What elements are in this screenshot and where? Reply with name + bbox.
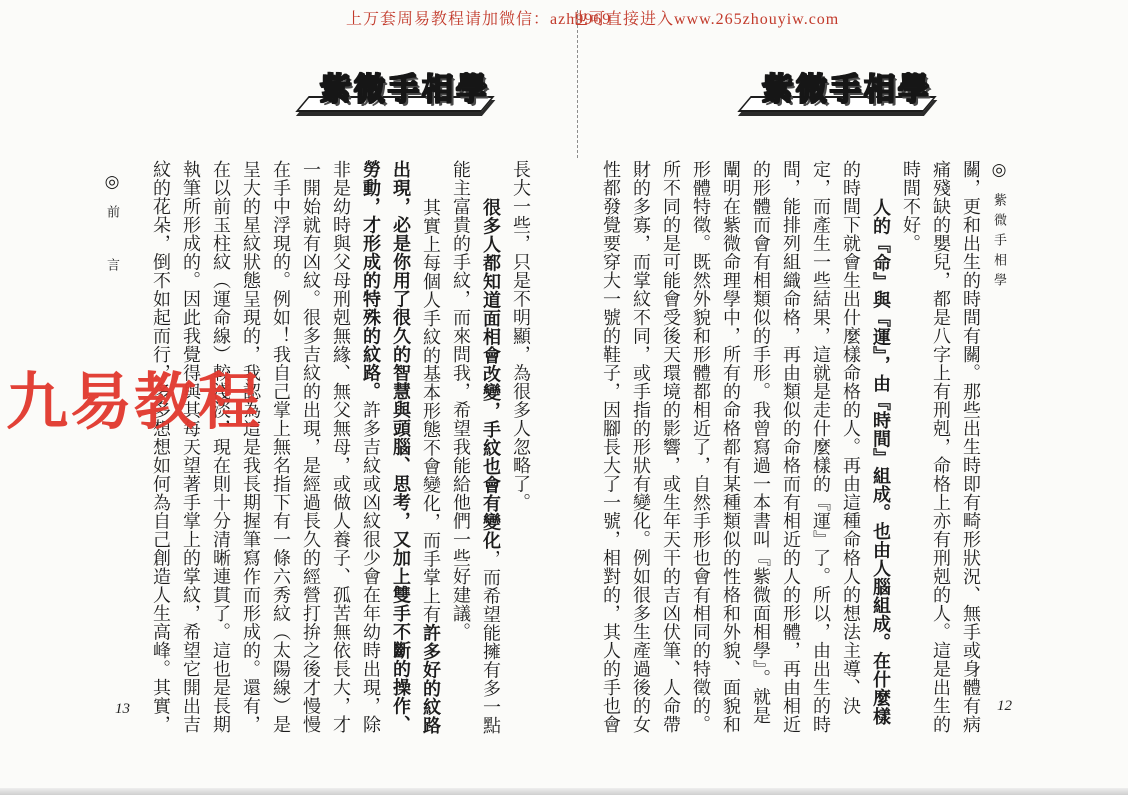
text-column: 人的『命』與『運』，由『時間』組成。也由人腦組成。在什麼樣 [866, 160, 896, 736]
promo-banner-url: 也可直接进入www.265zhouyiw.com [572, 6, 839, 29]
text-column: 非是幼時與父母刑剋無緣、無父無母，或做人養子、孤苦無依長大，才 [326, 160, 356, 736]
text-run: 定，而產生一些結果，這就是走什麼樣的『運』了。所以，由出生的時 [811, 160, 831, 734]
text-column: 紋的花朵，倒不如起而行，多多想想如何為自己創造人生高峰。其實， [146, 160, 176, 736]
section-mark-icon: ◎ [103, 172, 122, 192]
text-column: 形體特徵。既然外貌和形體都相近了，自然手形也會有相同的特徵的。 [686, 160, 716, 736]
page-number: 12 [997, 698, 1012, 715]
text-run: 在以前玉柱紋（運命線）較淺淡，現在則十分清晰連貫了。這也是長期 [211, 160, 231, 734]
text-column: 所不同的是可能會受後天環境的影響，或生年天干的吉凶伏筆、人命帶 [656, 160, 686, 736]
text-run: 非是幼時與父母刑剋無緣、無父無母，或做人養子、孤苦無依長大，才 [331, 160, 351, 734]
text-run: 許多吉紋或凶紋很少會在年幼時出現，除 [361, 401, 381, 734]
text-run: 的時間下就會生出什麼樣命格的人。再由這種命格人的想法主導、決 [841, 160, 861, 715]
text-run: 性都發覺要穿大一號的鞋子，因腳長大了一號，相對的，其人的手也會 [601, 160, 621, 734]
text-run: 勞動，才形成的特殊的紋路。 [361, 160, 381, 401]
text-column: 的時間下就會生出什麼樣命格的人。再由這種命格人的想法主導、決 [836, 160, 866, 736]
book-title: 紫微手相學 [762, 64, 932, 109]
page-right: 紫微手相學 ◎ 紫微手相學 關，更和出生的時間有關。那些出生時即有畸形狀況、無手… [565, 50, 1070, 762]
text-run: 在手中浮現的。例如！我自己掌上無名指下有一條六秀紋（太陽線）是 [271, 160, 291, 734]
running-head: ◎ 前言 [102, 172, 122, 311]
text-column: 痛殘缺的嬰兒，都是八字上有刑剋，命格上亦有刑剋的人。這是出生的 [926, 160, 956, 736]
text-column: 財的多寡，而掌紋不同，或手指的形狀有變化。例如很多生產過後的女 [626, 160, 656, 736]
page-number: 13 [115, 701, 130, 718]
text-run: 關，更和出生的時間有關。那些出生時即有畸形狀況、無手或身體有病 [961, 160, 981, 734]
text-column: 一開始就有凶紋。很多吉紋的出現，是經過長久的經營打拚之後才慢慢 [296, 160, 326, 736]
text-run: 許多好的紋路 [421, 624, 441, 735]
book-title: 紫微手相學 [320, 64, 490, 109]
text-run: 一開始就有凶紋。很多吉紋的出現，是經過長久的經營打拚之後才慢慢 [301, 160, 321, 734]
running-head-title: 前言 [105, 205, 120, 311]
section-mark-icon: ◎ [990, 160, 1009, 180]
text-column: 的形體而會有相類似的手形。我曾寫過一本書叫『紫微面相學』。就是 [746, 160, 776, 736]
text-column: 出現，必是你用了很久的智慧與頭腦、思考，又加上雙手不斷的操作、 [386, 160, 416, 736]
text-column: 勞動，才形成的特殊的紋路。許多吉紋或凶紋很少會在年幼時出現，除 [356, 160, 386, 736]
watermark-text: 九易教程 [6, 352, 262, 441]
text-run: 出現，必是你用了很久的智慧與頭腦、思考，又加上雙手不斷的操作、 [391, 160, 411, 734]
text-column: 定，而產生一些結果，這就是走什麼樣的『運』了。所以，由出生的時 [806, 160, 836, 736]
book-title-logo: 紫微手相學 [740, 64, 945, 120]
text-column: 闡明在紫微命理學中，所有的命格都有某種類似的性格和外貌、面貌和 [716, 160, 746, 736]
scan-bottom-edge [0, 788, 1128, 795]
text-column: 間，能排列組織命格，再由類似的命格而有相近的人的形體，再由相近 [776, 160, 806, 736]
page-text: 長大一些，只是不明顯，為很多人忽略了。很多人都知道面相會改變，手紋也會有變化，而… [144, 160, 536, 736]
text-column: 在以前玉柱紋（運命線）較淺淡，現在則十分清晰連貫了。這也是長期 [206, 160, 236, 736]
scanned-book-spread: 上万套周易教程请加微信：azh9969 也可直接进入www.265zhouyiw… [0, 0, 1128, 795]
text-run: 其實上每個人手紋的基本形態不會變化，而手掌上有 [421, 198, 441, 624]
text-run: 能主富貴的手紋，而來問我，希望我能給他們一些好建議。 [451, 160, 471, 641]
text-column: 呈大的星紋狀態呈現的，我認為這是我長期握筆寫作而形成的。還有， [236, 160, 266, 736]
text-column: 時間不好。 [896, 160, 926, 736]
text-column: 在手中浮現的。例如！我自己掌上無名指下有一條六秀紋（太陽線）是 [266, 160, 296, 736]
text-run: 的形體而會有相類似的手形。我曾寫過一本書叫『紫微面相學』。就是 [751, 160, 771, 725]
text-run: 很多人都知道面相會改變，手紋也會有變化 [481, 198, 501, 550]
text-run: 紋的花朵，倒不如起而行，多多想想如何為自己創造人生高峰。其實， [151, 160, 171, 734]
text-run: 財的多寡，而掌紋不同，或手指的形狀有變化。例如很多生產過後的女 [631, 160, 651, 734]
text-run: ，而希望能擁有多一點 [481, 550, 501, 735]
text-column: 執筆所形成的。因此我覺得與其每天望著手掌上的掌紋，希望它開出吉 [176, 160, 206, 736]
text-run: 所不同的是可能會受後天環境的影響，或生年天干的吉凶伏筆、人命帶 [661, 160, 681, 734]
text-run: 人的『命』與『運』，由『時間』組成。也由人腦組成。在什麼樣 [871, 198, 891, 726]
text-column: 關，更和出生的時間有關。那些出生時即有畸形狀況、無手或身體有病 [956, 160, 986, 736]
text-column: 很多人都知道面相會改變，手紋也會有變化，而希望能擁有多一點 [476, 160, 506, 736]
page-text: 關，更和出生的時間有關。那些出生時即有畸形狀況、無手或身體有病痛殘缺的嬰兒，都是… [594, 160, 986, 736]
text-column: 其實上每個人手紋的基本形態不會變化，而手掌上有許多好的紋路 [416, 160, 446, 736]
text-run: 呈大的星紋狀態呈現的，我認為這是我長期握筆寫作而形成的。還有， [241, 160, 261, 734]
text-column: 能主富貴的手紋，而來問我，希望我能給他們一些好建議。 [446, 160, 476, 736]
running-head-title: 紫微手相學 [992, 193, 1007, 293]
text-column: 性都發覺要穿大一號的鞋子，因腳長大了一號，相對的，其人的手也會 [596, 160, 626, 736]
text-run: 間，能排列組織命格，再由類似的命格而有相近的人的形體，再由相近 [781, 160, 801, 734]
book-title-logo: 紫微手相學 [298, 64, 503, 120]
text-run: 長大一些，只是不明顯，為很多人忽略了。 [511, 160, 531, 512]
text-column: 長大一些，只是不明顯，為很多人忽略了。 [506, 160, 536, 736]
text-run: 執筆所形成的。因此我覺得與其每天望著手掌上的掌紋，希望它開出吉 [181, 160, 201, 734]
running-head: ◎ 紫微手相學 [989, 160, 1009, 293]
text-run: 形體特徵。既然外貌和形體都相近了，自然手形也會有相同的特徵的。 [691, 160, 711, 734]
text-run: 闡明在紫微命理學中，所有的命格都有某種類似的性格和外貌、面貌和 [721, 160, 741, 734]
text-run: 時間不好。 [901, 160, 921, 253]
text-run: 痛殘缺的嬰兒，都是八字上有刑剋，命格上亦有刑剋的人。這是出生的 [931, 160, 951, 734]
